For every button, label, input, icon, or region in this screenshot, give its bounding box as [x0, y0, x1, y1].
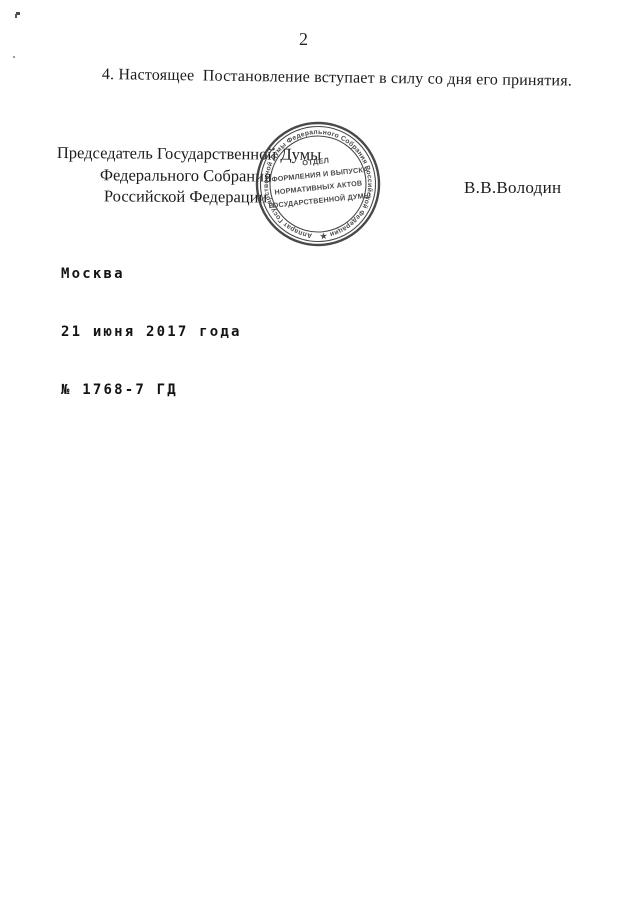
official-seal-stamp: Аппарат Государственной Думы Федеральног…	[236, 102, 401, 267]
issuance-doc-number: № 1768-7 ГД	[61, 381, 242, 400]
issuance-date: 21 июня 2017 года	[61, 323, 242, 342]
scan-speck	[15, 14, 17, 18]
document-page: 2 4. Настоящее Постановление вступает в …	[0, 0, 640, 905]
page-number: 2	[299, 29, 308, 50]
issuance-block: Москва 21 июня 2017 года № 1768-7 ГД	[61, 226, 242, 439]
issuance-city: Москва	[61, 265, 242, 284]
scan-speck	[13, 56, 15, 58]
signatory-name: В.В.Володин	[464, 178, 561, 198]
stamp-star-icon: ★	[319, 231, 328, 241]
clause-paragraph: 4. Настоящее Постановление вступает в си…	[102, 66, 572, 91]
stamp-center-line: ОТДЕЛ	[302, 156, 330, 168]
